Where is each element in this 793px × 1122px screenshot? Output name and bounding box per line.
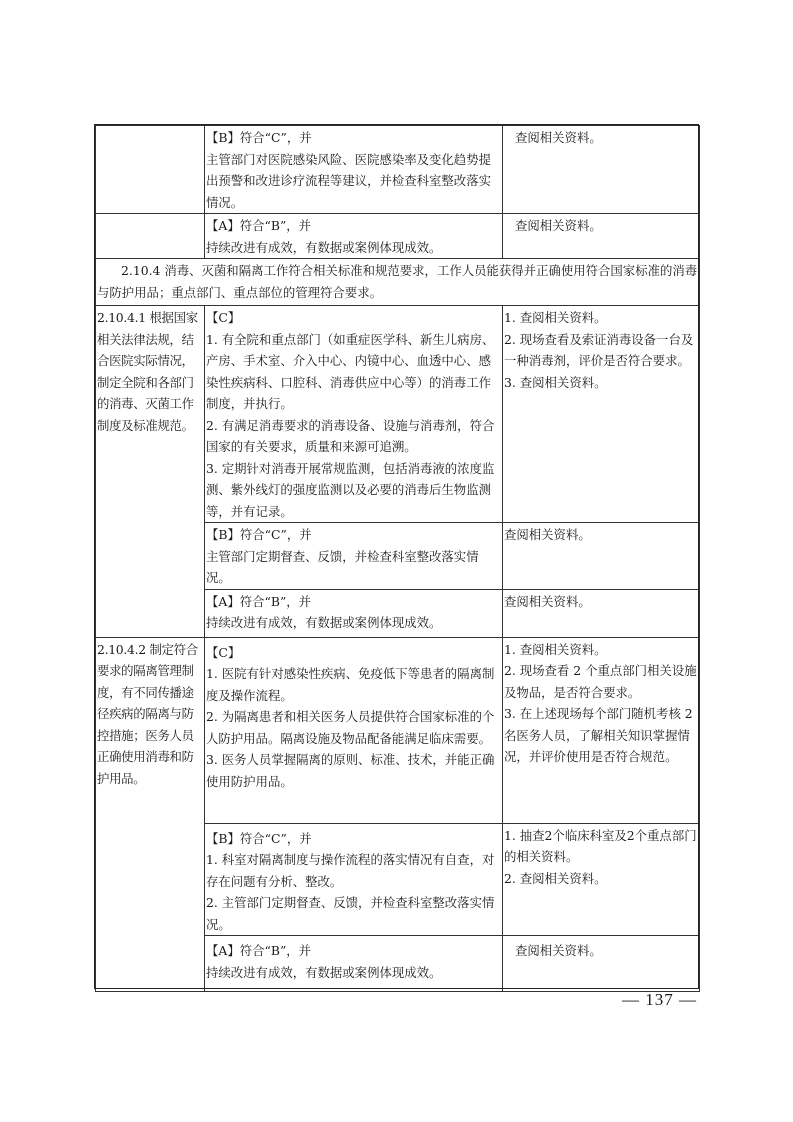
method-item-3: 3. 查阅相关资料。 [504,372,698,394]
grade-a-text: 持续改进有成效，有数据或案例体现成效。 [206,612,501,634]
grade-b-text: 主管部门定期督查、反馈，并检查科室整改落实情况。 [206,546,501,589]
grade-c-label: 【C】 [206,307,501,329]
grade-b-label: 【B】符合“C”，并 [206,524,501,546]
method-item-1: 1. 查阅相关资料。 [504,307,698,329]
method-text: 查阅相关资料。 [504,524,698,546]
grade-b-cell: 【B】符合“C”，并 主管部门对医院感染风险、医院感染率及变化趋势提出预警和改进… [205,126,503,214]
grade-c-item-1: 1. 医院有针对感染性疾病、免疫低下等患者的隔离制度及操作流程。 [206,663,501,706]
section-heading-2-10-4: 2.10.4 消毒、灭菌和隔离工作符合相关标准和规范要求，工作人员能获得并正确使… [96,259,700,306]
grade-c-item-2: 2. 为隔离患者和相关医务人员提供符合国家标准的个人防护用品。隔离设施及物品配备… [206,706,501,749]
method-text: 查阅相关资料。 [515,215,698,237]
method-item-2: 2. 查阅相关资料。 [504,868,698,890]
grade-c-cell: 【C】 1. 医院有针对感染性疾病、免疫低下等患者的隔离制度及操作流程。 2. … [205,637,503,823]
method-cell: 1. 查阅相关资料。 2. 现场查看 2 个重点部门相关设施及物品，是否符合要求… [503,637,700,823]
method-item-1: 1. 抽查2个临床科室及2个重点部门的相关资料。 [504,825,698,868]
method-cell: 查阅相关资料。 [503,936,700,992]
criterion-cell-empty [96,214,205,259]
grade-c-item-2: 2. 有满足消毒要求的消毒设备、设施与消毒剂，符合国家的有关要求，质量和来源可追… [206,415,501,458]
standards-table: 【B】符合“C”，并 主管部门对医院感染风险、医院感染率及变化趋势提出预警和改进… [95,125,700,992]
method-cell: 查阅相关资料。 [503,214,700,259]
grade-c-cell: 【C】 1. 有全院和重点部门（如重症医学科、新生儿病房、产房、手术室、介入中心… [205,306,503,523]
grade-a-label: 【A】符合“B”，并 [206,215,501,237]
grade-b-cell: 【B】符合“C”，并 主管部门定期督查、反馈，并检查科室整改落实情况。 [205,523,503,590]
grade-a-text: 持续改进有成效，有数据或案例体现成效。 [206,962,501,984]
criterion-title: 2.10.4.2 制定符合要求的隔离管理制度，有不同传播途径疾病的隔离与防控措施… [97,642,198,786]
grade-b-item-2: 2. 主管部门定期督查、反馈，并检查科室整改落实情况。 [206,892,501,935]
criterion-cell-2-10-4-2: 2.10.4.2 制定符合要求的隔离管理制度，有不同传播途径疾病的隔离与防控措施… [96,637,205,992]
method-text: 查阅相关资料。 [515,940,698,962]
method-item-2: 2. 现场查看 2 个重点部门相关设施及物品，是否符合要求。 [504,660,698,703]
grade-c-item-1: 1. 有全院和重点部门（如重症医学科、新生儿病房、产房、手术室、介入中心、内镜中… [206,329,501,415]
criterion-cell-empty [96,126,205,214]
grade-b-text: 主管部门对医院感染风险、医院感染率及变化趋势提出预警和改进诊疗流程等建议，并检查… [206,149,501,214]
criterion-title: 2.10.4.1 根据国家相关法律法规，结合医院实际情况，制定全院和各部门的消毒… [97,310,198,433]
method-cell: 查阅相关资料。 [503,589,700,637]
grade-a-cell: 【A】符合“B”，并 持续改进有成效，有数据或案例体现成效。 [205,214,503,259]
table-row: 2.10.4.1 根据国家相关法律法规，结合医院实际情况，制定全院和各部门的消毒… [96,306,700,523]
method-cell: 查阅相关资料。 [503,523,700,590]
grade-a-label: 【A】符合“B”，并 [206,591,501,613]
grade-b-label: 【B】符合“C”，并 [206,127,501,149]
grade-b-item-1: 1. 科室对隔离制度与操作流程的落实情况有自查，对存在问题有分析、整改。 [206,849,501,892]
page-number: — 137 — [622,990,697,1010]
method-cell: 查阅相关资料。 [503,126,700,214]
criterion-cell-2-10-4-1: 2.10.4.1 根据国家相关法律法规，结合医院实际情况，制定全院和各部门的消毒… [96,306,205,638]
table-row: 2.10.4.2 制定符合要求的隔离管理制度，有不同传播途径疾病的隔离与防控措施… [96,637,700,823]
method-text: 查阅相关资料。 [504,591,698,613]
grade-b-label: 【B】符合“C”，并 [206,828,501,850]
method-cell: 1. 查阅相关资料。 2. 现场查看及索证消毒设备一台及一种消毒剂，评价是否符合… [503,306,700,523]
method-item-1: 1. 查阅相关资料。 [504,639,698,661]
method-item-3: 3. 在上述现场每个部门随机考核 2 名医务人员，了解相关知识掌握情况，并评价使… [504,703,698,768]
section-heading-row: 2.10.4 消毒、灭菌和隔离工作符合相关标准和规范要求，工作人员能获得并正确使… [96,259,700,306]
grade-a-label: 【A】符合“B”，并 [206,940,501,962]
table-row: 【B】符合“C”，并 主管部门对医院感染风险、医院感染率及变化趋势提出预警和改进… [96,126,700,214]
grade-a-cell: 【A】符合“B”，并 持续改进有成效，有数据或案例体现成效。 [205,589,503,637]
document-page: 【B】符合“C”，并 主管部门对医院感染风险、医院感染率及变化趋势提出预警和改进… [0,0,793,1122]
method-cell: 1. 抽查2个临床科室及2个重点部门的相关资料。 2. 查阅相关资料。 [503,823,700,936]
method-item-2: 2. 现场查看及索证消毒设备一台及一种消毒剂，评价是否符合要求。 [504,329,698,372]
grade-a-text: 持续改进有成效，有数据或案例体现成效。 [206,237,501,259]
table-row: 【A】符合“B”，并 持续改进有成效，有数据或案例体现成效。 查阅相关资料。 [96,214,700,259]
grade-a-cell: 【A】符合“B”，并 持续改进有成效，有数据或案例体现成效。 [205,936,503,992]
section-heading-text: 2.10.4 消毒、灭菌和隔离工作符合相关标准和规范要求，工作人员能获得并正确使… [97,263,697,300]
method-text: 查阅相关资料。 [515,127,698,149]
grade-c-item-3: 3. 医务人员掌握隔离的原则、标准、技术，并能正确使用防护用品。 [206,749,501,792]
grade-c-label: 【C】 [206,642,501,664]
grade-b-cell: 【B】符合“C”，并 1. 科室对隔离制度与操作流程的落实情况有自查，对存在问题… [205,823,503,936]
grade-c-item-3: 3. 定期针对消毒开展常规监测，包括消毒液的浓度监测、紫外线灯的强度监测以及必要… [206,458,501,523]
